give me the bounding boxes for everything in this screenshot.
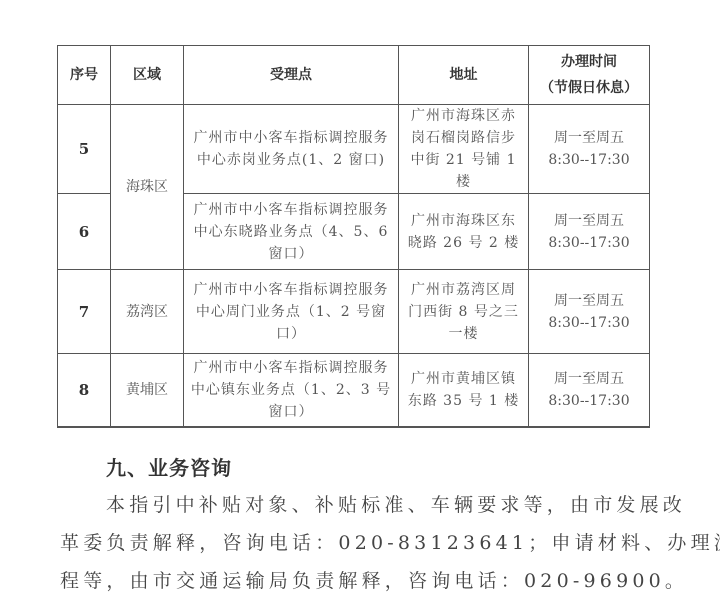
paragraph-line-1: 本指引中补贴对象、补贴标准、车辆要求等，由市发展改 xyxy=(106,490,686,517)
row-district: 海珠区 xyxy=(111,105,184,270)
row-office: 广州市中小客车指标调控服务中心周门业务点（1、2 号窗口） xyxy=(184,270,399,354)
row-no: 8 xyxy=(58,354,111,427)
paragraph-line-3: 程等，由市交通运输局负责解释，咨询电话：020-96900。 xyxy=(60,566,688,593)
table-row: 8 黄埔区 广州市中小客车指标调控服务中心镇东业务点（1、2、3 号窗口） 广州… xyxy=(58,354,650,427)
paragraph-line-2: 革委负责解释，咨询电话：020-83123641；申请材料、办理流 xyxy=(60,528,720,555)
table-header-row: 序号 区域 受理点 地址 办理时间 （节假日休息） xyxy=(58,46,650,105)
row-hours-days: 周一至周五 xyxy=(535,290,643,312)
row-district: 黄埔区 xyxy=(111,354,184,427)
row-no: 6 xyxy=(58,194,111,270)
row-hours: 周一至周五 8:30--17:30 xyxy=(529,194,650,270)
row-district: 荔湾区 xyxy=(111,270,184,354)
row-hours: 周一至周五 8:30--17:30 xyxy=(529,270,650,354)
header-hours: 办理时间 （节假日休息） xyxy=(529,46,650,105)
section-heading: 九、业务咨询 xyxy=(106,452,232,481)
row-address: 广州市黄埔区镇东路 35 号 1 楼 xyxy=(399,354,529,427)
header-no: 序号 xyxy=(58,46,111,105)
row-hours-time: 8:30--17:30 xyxy=(535,149,643,171)
row-no: 5 xyxy=(58,105,111,194)
row-office: 广州市中小客车指标调控服务中心赤岗业务点(1、2 窗口) xyxy=(184,105,399,194)
table-row: 7 荔湾区 广州市中小客车指标调控服务中心周门业务点（1、2 号窗口） 广州市荔… xyxy=(58,270,650,354)
header-hours-note: （节假日休息） xyxy=(535,75,643,101)
row-hours-days: 周一至周五 xyxy=(535,368,643,390)
row-office: 广州市中小客车指标调控服务中心镇东业务点（1、2、3 号窗口） xyxy=(184,354,399,427)
row-office: 广州市中小客车指标调控服务中心东晓路业务点（4、5、6 窗口） xyxy=(184,194,399,270)
header-office: 受理点 xyxy=(184,46,399,105)
header-address: 地址 xyxy=(399,46,529,105)
row-no: 7 xyxy=(58,270,111,354)
service-points-table: 序号 区域 受理点 地址 办理时间 （节假日休息） 5 海珠区 广州市中小客车指… xyxy=(57,45,650,428)
row-address: 广州市海珠区东晓路 26 号 2 楼 xyxy=(399,194,529,270)
row-address: 广州市海珠区赤岗石榴岗路信步中街 21 号铺 1 楼 xyxy=(399,105,529,194)
table-row: 5 海珠区 广州市中小客车指标调控服务中心赤岗业务点(1、2 窗口) 广州市海珠… xyxy=(58,105,650,194)
row-hours: 周一至周五 8:30--17:30 xyxy=(529,105,650,194)
header-hours-title: 办理时间 xyxy=(535,49,643,75)
row-hours-time: 8:30--17:30 xyxy=(535,232,643,254)
header-district: 区域 xyxy=(111,46,184,105)
row-address: 广州市荔湾区周门西街 8 号之三一楼 xyxy=(399,270,529,354)
row-hours-days: 周一至周五 xyxy=(535,127,643,149)
row-hours-days: 周一至周五 xyxy=(535,210,643,232)
row-hours-time: 8:30--17:30 xyxy=(535,312,643,334)
row-hours: 周一至周五 8:30--17:30 xyxy=(529,354,650,427)
row-hours-time: 8:30--17:30 xyxy=(535,390,643,412)
